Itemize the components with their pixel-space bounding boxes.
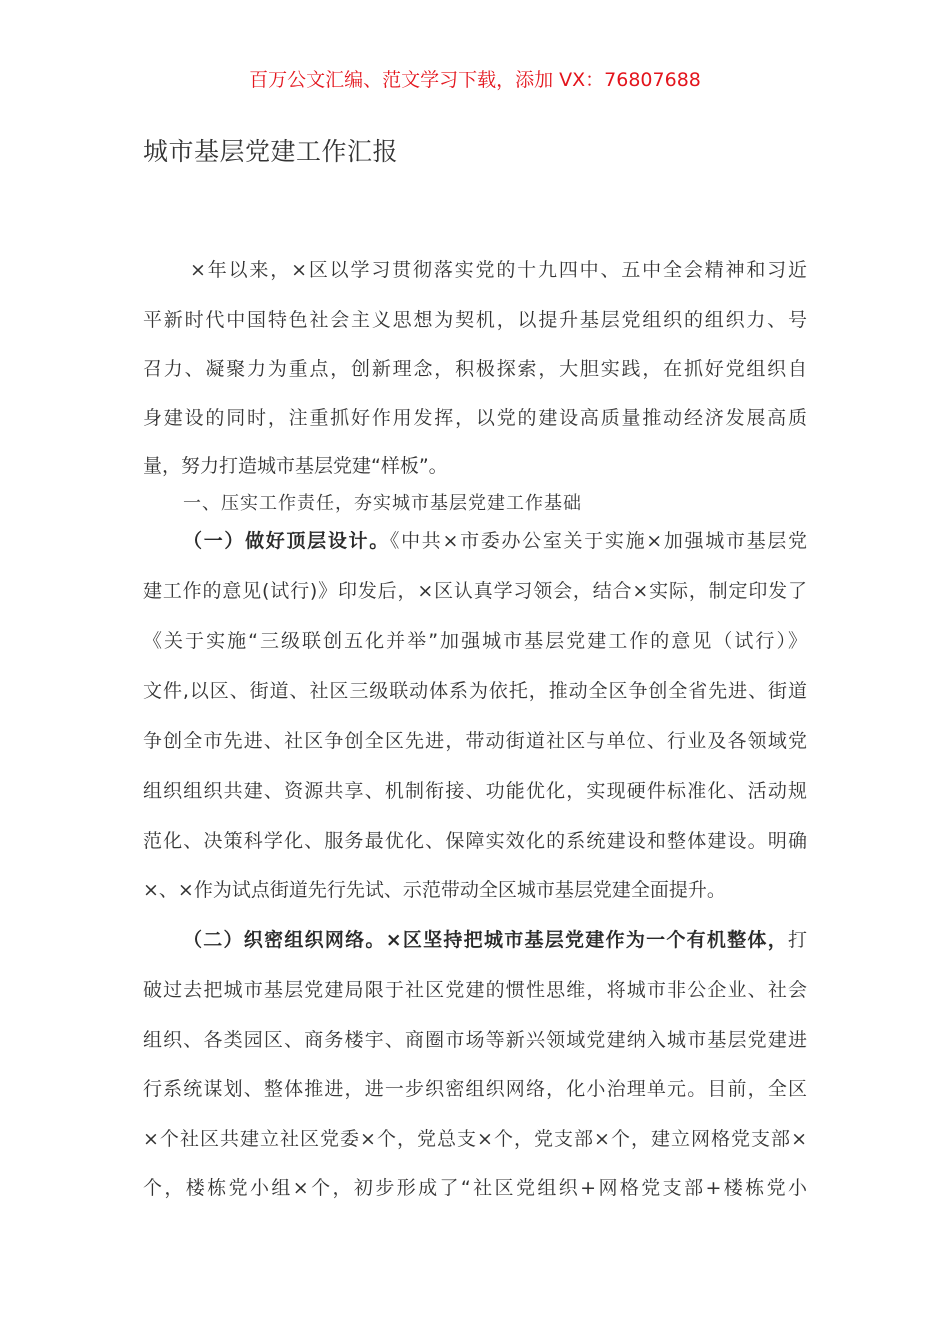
paragraph-line: ×、×作为试点街道先行先试、示范带动全区城市基层党建全面提升。: [143, 876, 807, 904]
paragraph-line: ×个社区共建立社区党委×个，党总支×个，党支部×个，建立网格党支部×: [143, 1125, 807, 1153]
bold-sentence: ×区坚持把城市基层党建作为一个有机整体，: [386, 929, 788, 951]
paragraph-line: 组织组织共建、资源共享、机制衔接、功能优化，实现硬件标准化、活动规: [143, 777, 807, 805]
paragraph-line: 行系统谋划、整体推进，进一步织密组织网络，化小治理单元。目前，全区: [143, 1075, 807, 1103]
paragraph-line: 个，楼栋党小组×个，初步形成了“社区党组织+网格党支部+楼栋党小: [143, 1174, 807, 1202]
paragraph-line: 争创全市先进、社区争创全区先进，带动街道社区与单位、行业及各领域党: [143, 727, 807, 755]
document-title: 城市基层党建工作汇报: [143, 135, 398, 169]
paragraph-text: 打: [788, 929, 807, 951]
header-banner: 百万公文汇编、范文学习下载，添加 VX：76807688: [0, 66, 950, 94]
paragraph-line: 召力、凝聚力为重点，创新理念，积极探索，大胆实践，在抓好党组织自: [143, 355, 807, 383]
paragraph-line: 平新时代中国特色社会主义思想为契机，以提升基层党组织的组织力、号: [143, 306, 807, 334]
paragraph-text: 《中共×市委办公室关于实施×加强城市基层党: [390, 530, 807, 552]
paragraph-line: 《关于实施“三级联创五化并举”加强城市基层党建工作的意见（试行）》: [143, 627, 807, 655]
subsection-label: （一）做好顶层设计。: [183, 530, 390, 552]
paragraph-line: 身建设的同时，注重抓好作用发挥，以党的建设高质量推动经济发展高质: [143, 404, 807, 432]
paragraph-line: ×年以来，×区以学习贯彻落实党的十九四中、五中全会精神和习近: [190, 256, 807, 284]
paragraph-line: （一）做好顶层设计。《中共×市委办公室关于实施×加强城市基层党: [183, 527, 807, 555]
paragraph-line: 文件,以区、街道、社区三级联动体系为依托，推动全区争创全省先进、街道: [143, 677, 807, 705]
paragraph-line: 范化、决策科学化、服务最优化、保障实效化的系统建设和整体建设。明确: [143, 827, 807, 855]
paragraph-line: 建工作的意见(试行)》印发后，×区认真学习领会，结合×实际，制定印发了: [143, 577, 807, 605]
paragraph-line: 破过去把城市基层党建局限于社区党建的惯性思维，将城市非公企业、社会: [143, 976, 807, 1004]
paragraph-line: 量，努力打造城市基层党建“样板”。: [143, 452, 807, 480]
section-heading: 一、压实工作责任，夯实城市基层党建工作基础: [183, 491, 582, 517]
subsection-label: （二）织密组织网络。: [183, 929, 386, 951]
paragraph-line: 组织、各类园区、商务楼宇、商圈市场等新兴领域党建纳入城市基层党建进: [143, 1026, 807, 1054]
paragraph-line: （二）织密组织网络。×区坚持把城市基层党建作为一个有机整体，打: [183, 926, 807, 954]
